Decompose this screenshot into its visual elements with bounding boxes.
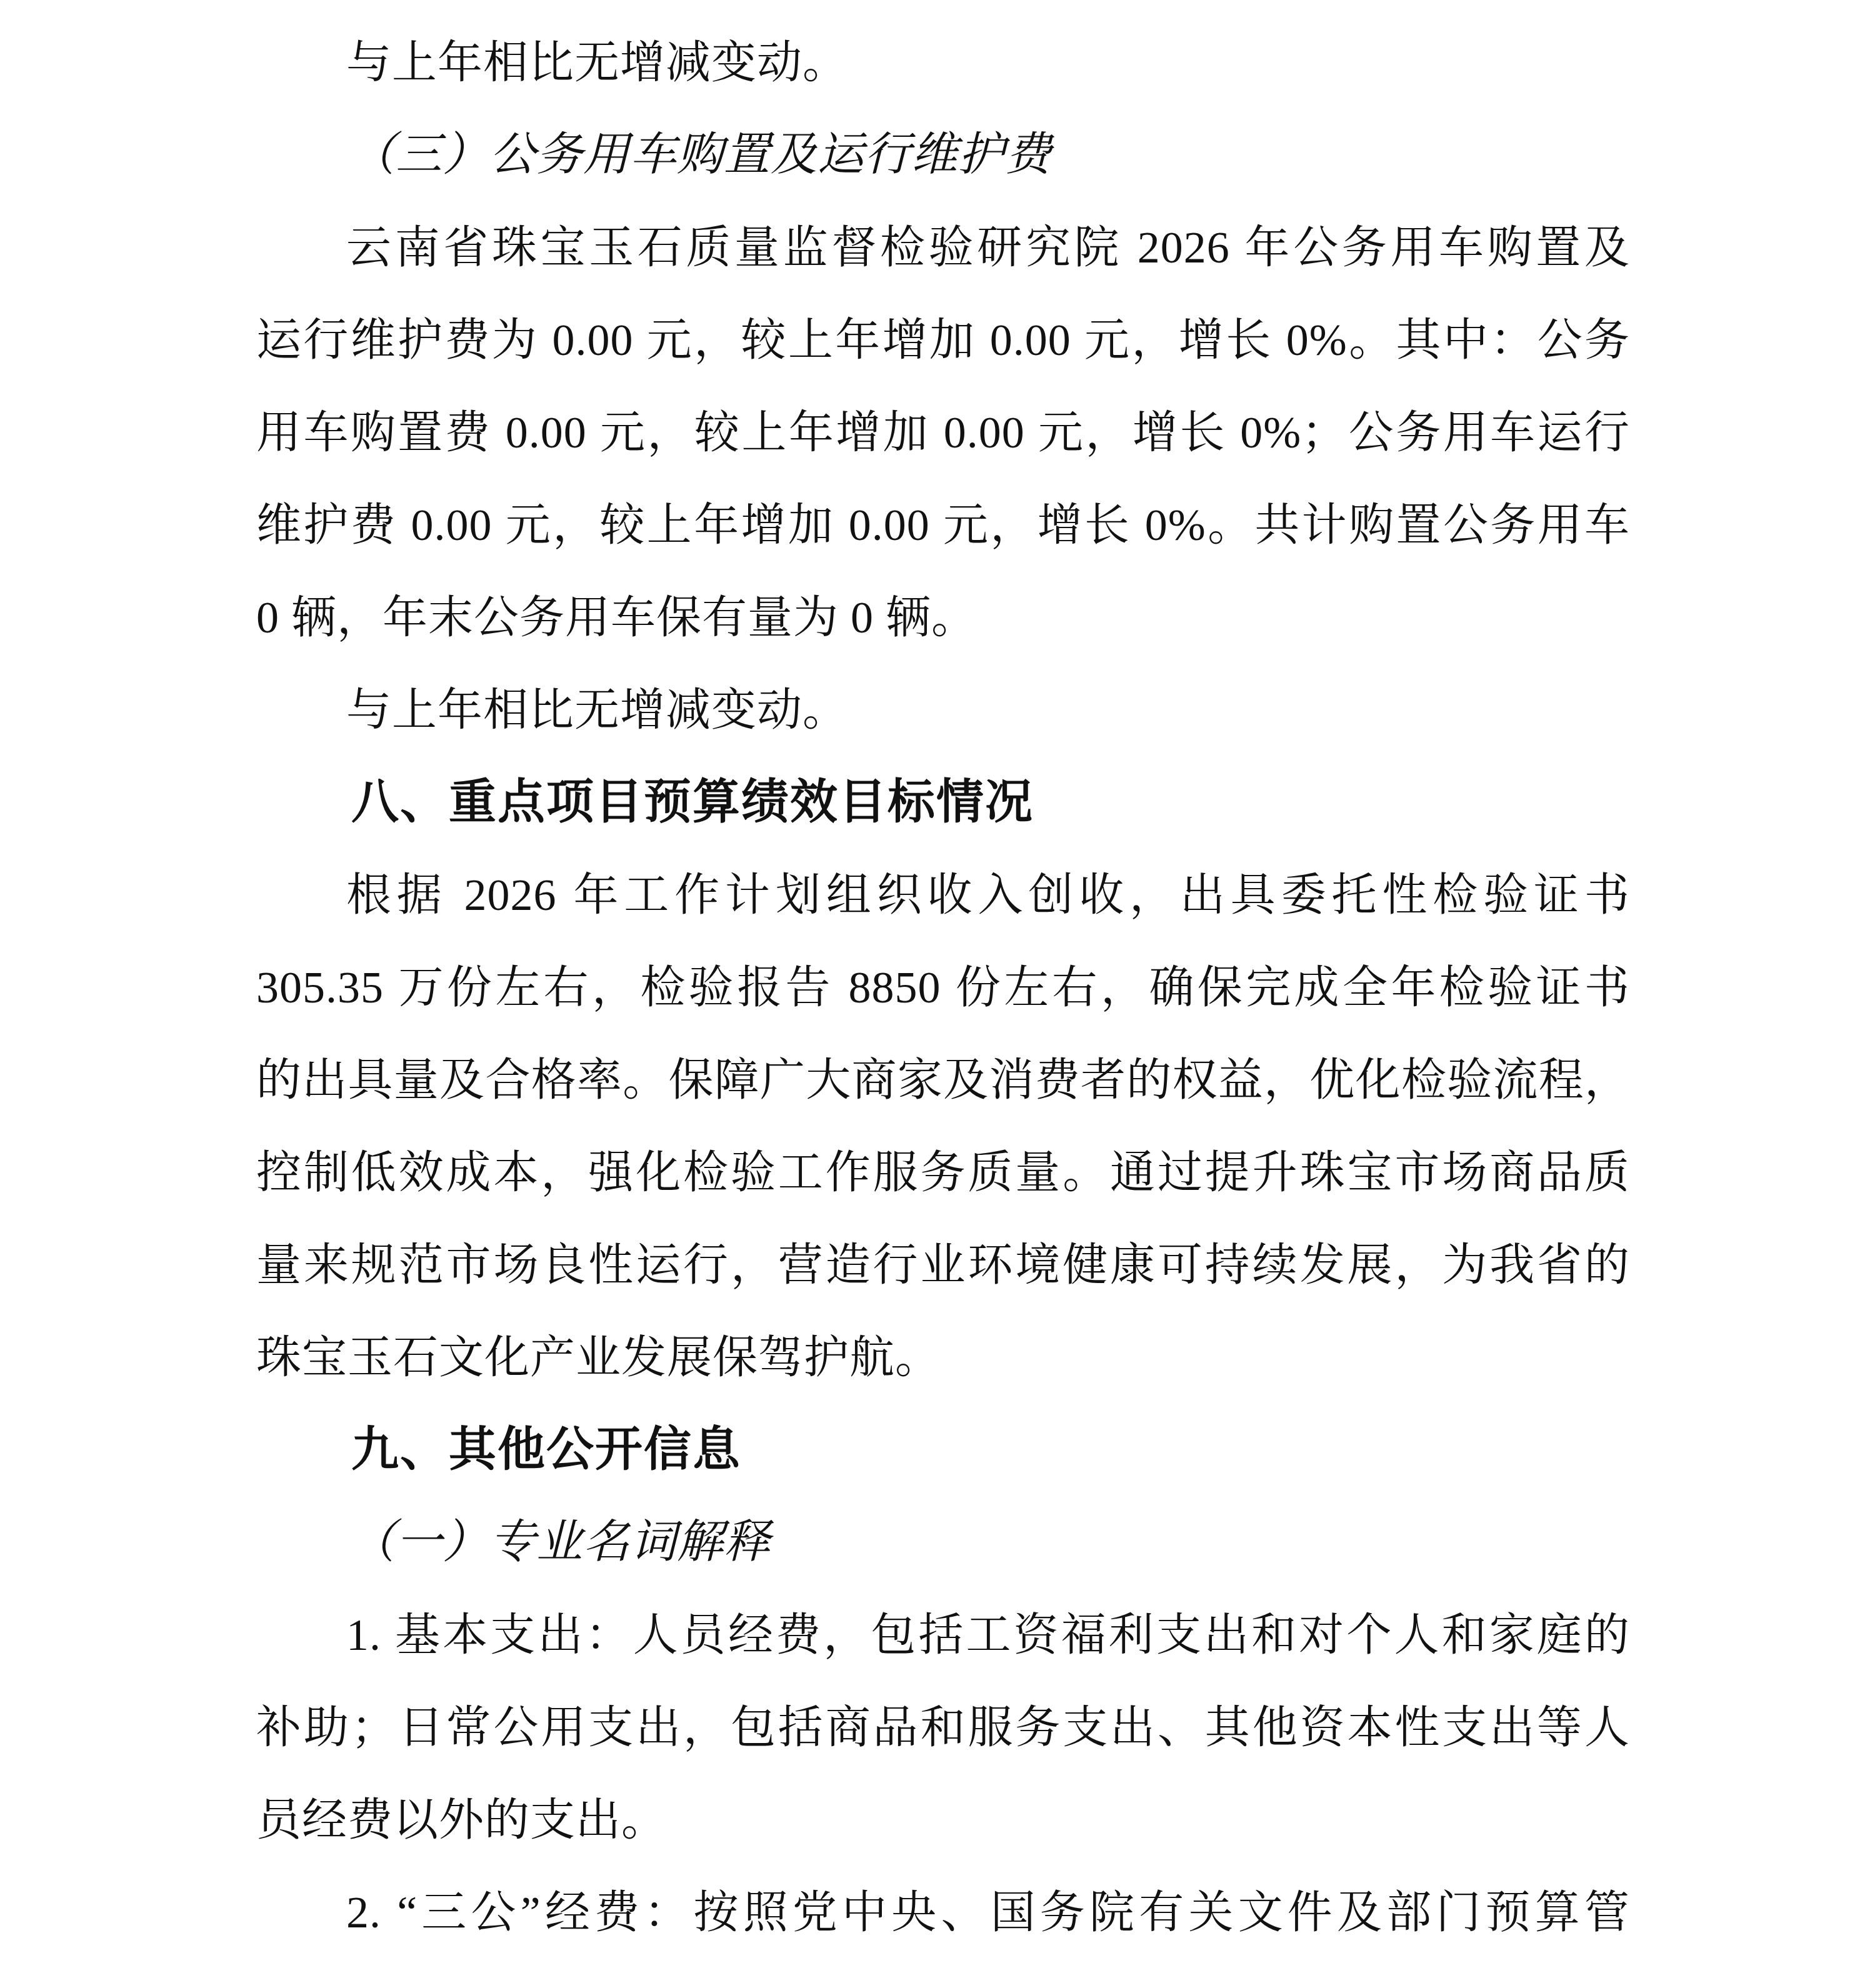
para-performance-line-3: 的出具量及合格率。保障广大商家及消费者的权益，优化检验流程， bbox=[256, 1034, 1630, 1126]
para-basic-expenditure-line-1: 1. 基本支出：人员经费，包括工资福利支出和对个人和家庭的 bbox=[256, 1589, 1630, 1681]
heading-section-nine-other-info: 九、其他公开信息 bbox=[256, 1404, 1630, 1496]
para-no-change-top: 与上年相比无增减变动。 bbox=[256, 16, 1630, 109]
heading-section-three-vehicle: （三）公务用车购置及运行维护费 bbox=[256, 109, 1630, 201]
para-performance-line-6: 珠宝玉石文化产业发展保驾护航。 bbox=[256, 1311, 1630, 1404]
para-vehicle-line-2: 运行维护费为 0.00 元，较上年增加 0.00 元，增长 0%。其中：公务 bbox=[256, 294, 1630, 386]
para-three-public-funds-line-1: 2. “三公”经费：按照党中央、国务院有关文件及部门预算管 bbox=[256, 1866, 1630, 1959]
para-performance-line-5: 量来规范市场良性运行，营造行业环境健康可持续发展，为我省的 bbox=[256, 1219, 1630, 1311]
para-vehicle-line-3: 用车购置费 0.00 元，较上年增加 0.00 元，增长 0%；公务用车运行 bbox=[256, 386, 1630, 479]
para-basic-expenditure-line-2: 补助；日常公用支出，包括商品和服务支出、其他资本性支出等人 bbox=[256, 1681, 1630, 1774]
para-vehicle-line-4: 维护费 0.00 元，较上年增加 0.00 元，增长 0%。共计购置公务用车 bbox=[256, 479, 1630, 571]
para-no-change: 与上年相比无增减变动。 bbox=[256, 664, 1630, 756]
heading-subsection-one-terms: （一）专业名词解释 bbox=[256, 1496, 1630, 1589]
para-performance-line-2: 305.35 万份左右，检验报告 8850 份左右，确保完成全年检验证书 bbox=[256, 941, 1630, 1034]
document-page: 与上年相比无增减变动。 （三）公务用车购置及运行维护费 云南省珠宝玉石质量监督检… bbox=[0, 0, 1860, 1988]
para-vehicle-line-1: 云南省珠宝玉石质量监督检验研究院 2026 年公务用车购置及 bbox=[256, 201, 1630, 294]
para-vehicle-line-5: 0 辆，年末公务用车保有量为 0 辆。 bbox=[256, 571, 1630, 664]
para-performance-line-4: 控制低效成本，强化检验工作服务质量。通过提升珠宝市场商品质 bbox=[256, 1126, 1630, 1219]
para-performance-line-1: 根据 2026 年工作计划组织收入创收，出具委托性检验证书 bbox=[256, 849, 1630, 941]
heading-section-eight-performance: 八、重点项目预算绩效目标情况 bbox=[256, 756, 1630, 849]
para-basic-expenditure-line-3: 员经费以外的支出。 bbox=[256, 1774, 1630, 1866]
